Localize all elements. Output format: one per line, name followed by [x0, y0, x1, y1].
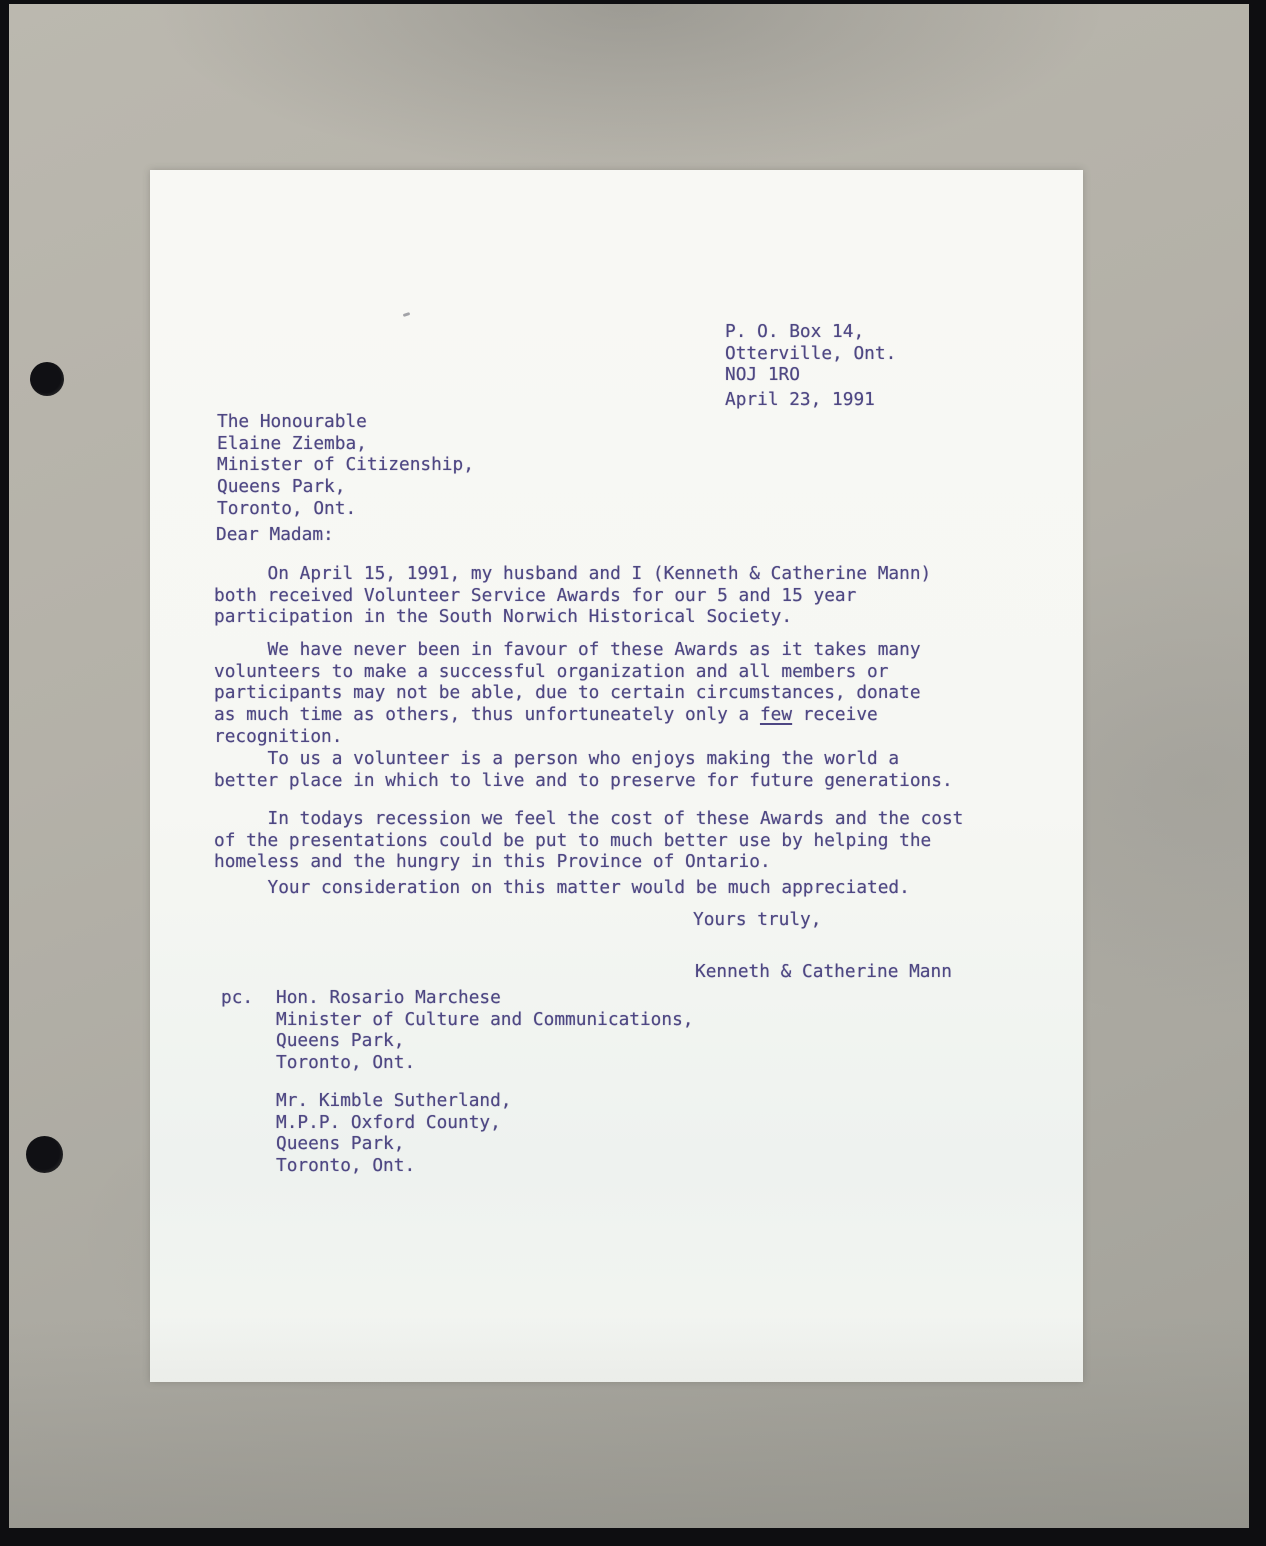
salutation: Dear Madam:: [216, 524, 334, 546]
cc-recipient-1: Hon. Rosario Marchese Minister of Cultur…: [276, 987, 694, 1074]
scanned-page: P. O. Box 14, Otterville, Ont. NOJ 1RO A…: [0, 0, 1266, 1546]
letter-paragraph-1: On April 15, 1991, my husband and I (Ken…: [214, 563, 931, 628]
cc-label: pc.: [221, 987, 253, 1009]
letter-paragraph-3: To us a volunteer is a person who enjoys…: [214, 748, 953, 791]
letter-date: April 23, 1991: [725, 389, 875, 411]
letter-document: P. O. Box 14, Otterville, Ont. NOJ 1RO A…: [150, 170, 1083, 1382]
letter-paragraph-4: In todays recession we feel the cost of …: [214, 808, 963, 873]
signature: Kenneth & Catherine Mann: [695, 961, 952, 983]
closing: Yours truly,: [693, 909, 821, 931]
letter-paragraph-5: Your consideration on this matter would …: [214, 877, 910, 899]
letter-paragraph-2: We have never been in favour of these Aw…: [214, 639, 921, 748]
stray-ink-mark: [403, 312, 411, 317]
album-page: P. O. Box 14, Otterville, Ont. NOJ 1RO A…: [9, 4, 1249, 1528]
recipient-address: The Honourable Elaine Ziemba, Minister o…: [217, 411, 474, 520]
cc-recipient-2: Mr. Kimble Sutherland, M.P.P. Oxford Cou…: [276, 1090, 512, 1177]
sender-address: P. O. Box 14, Otterville, Ont. NOJ 1RO: [725, 321, 896, 386]
hole-punch-top: [30, 362, 64, 396]
hole-punch-bottom: [26, 1136, 63, 1173]
